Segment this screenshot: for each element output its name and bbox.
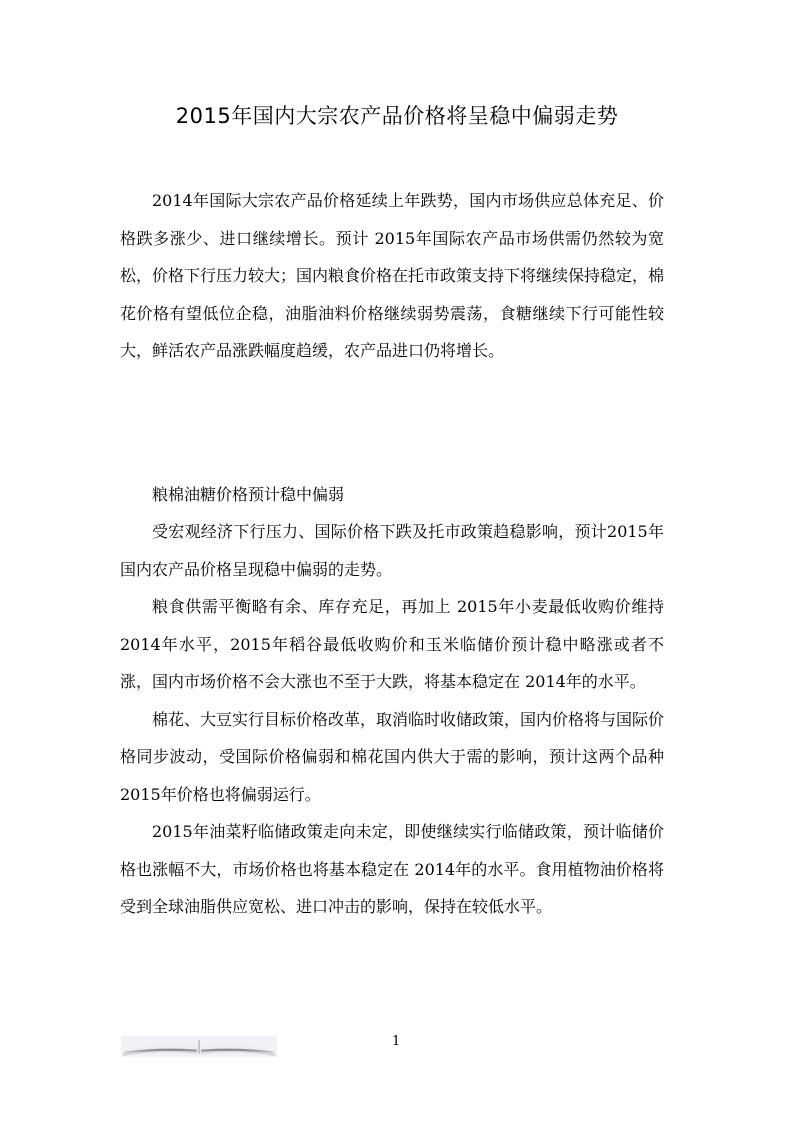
page-number: 1: [392, 1034, 400, 1050]
section-heading-block: 粮棉油糖价格预计稳中偏弱: [120, 476, 664, 514]
paragraph: 受宏观经济下行压力、国际价格下跌及托市政策趋稳影响，预计2015年国内农产品价格…: [120, 513, 664, 588]
document-title: 2015年国内大宗农产品价格将呈稳中偏弱走势: [0, 101, 794, 131]
section-heading: 粮棉油糖价格预计稳中偏弱: [120, 476, 664, 514]
document-page: 2015年国内大宗农产品价格将呈稳中偏弱走势 2014年国际大宗农产品价格延续上…: [0, 0, 794, 1123]
paragraph: 粮食供需平衡略有余、库存充足，再加上 2015年小麦最低收购价维持2014年水平…: [120, 588, 664, 701]
intro-paragraph: 2014年国际大宗农产品价格延续上年跌势，国内市场供应总体充足、价格跌多涨少、进…: [120, 182, 664, 370]
open-book-icon: [121, 1036, 277, 1057]
paragraph: 2015年油菜籽临储政策走向未定，即使继续实行临储政策，预计临储价格也涨幅不大，…: [120, 813, 664, 926]
intro-block: 2014年国际大宗农产品价格延续上年跌势，国内市场供应总体充足、价格跌多涨少、进…: [120, 182, 664, 370]
paragraph: 棉花、大豆实行目标价格改革，取消临时收储政策，国内价格将与国际价格同步波动，受国…: [120, 701, 664, 814]
section-body: 受宏观经济下行压力、国际价格下跌及托市政策趋稳影响，预计2015年国内农产品价格…: [120, 513, 664, 926]
